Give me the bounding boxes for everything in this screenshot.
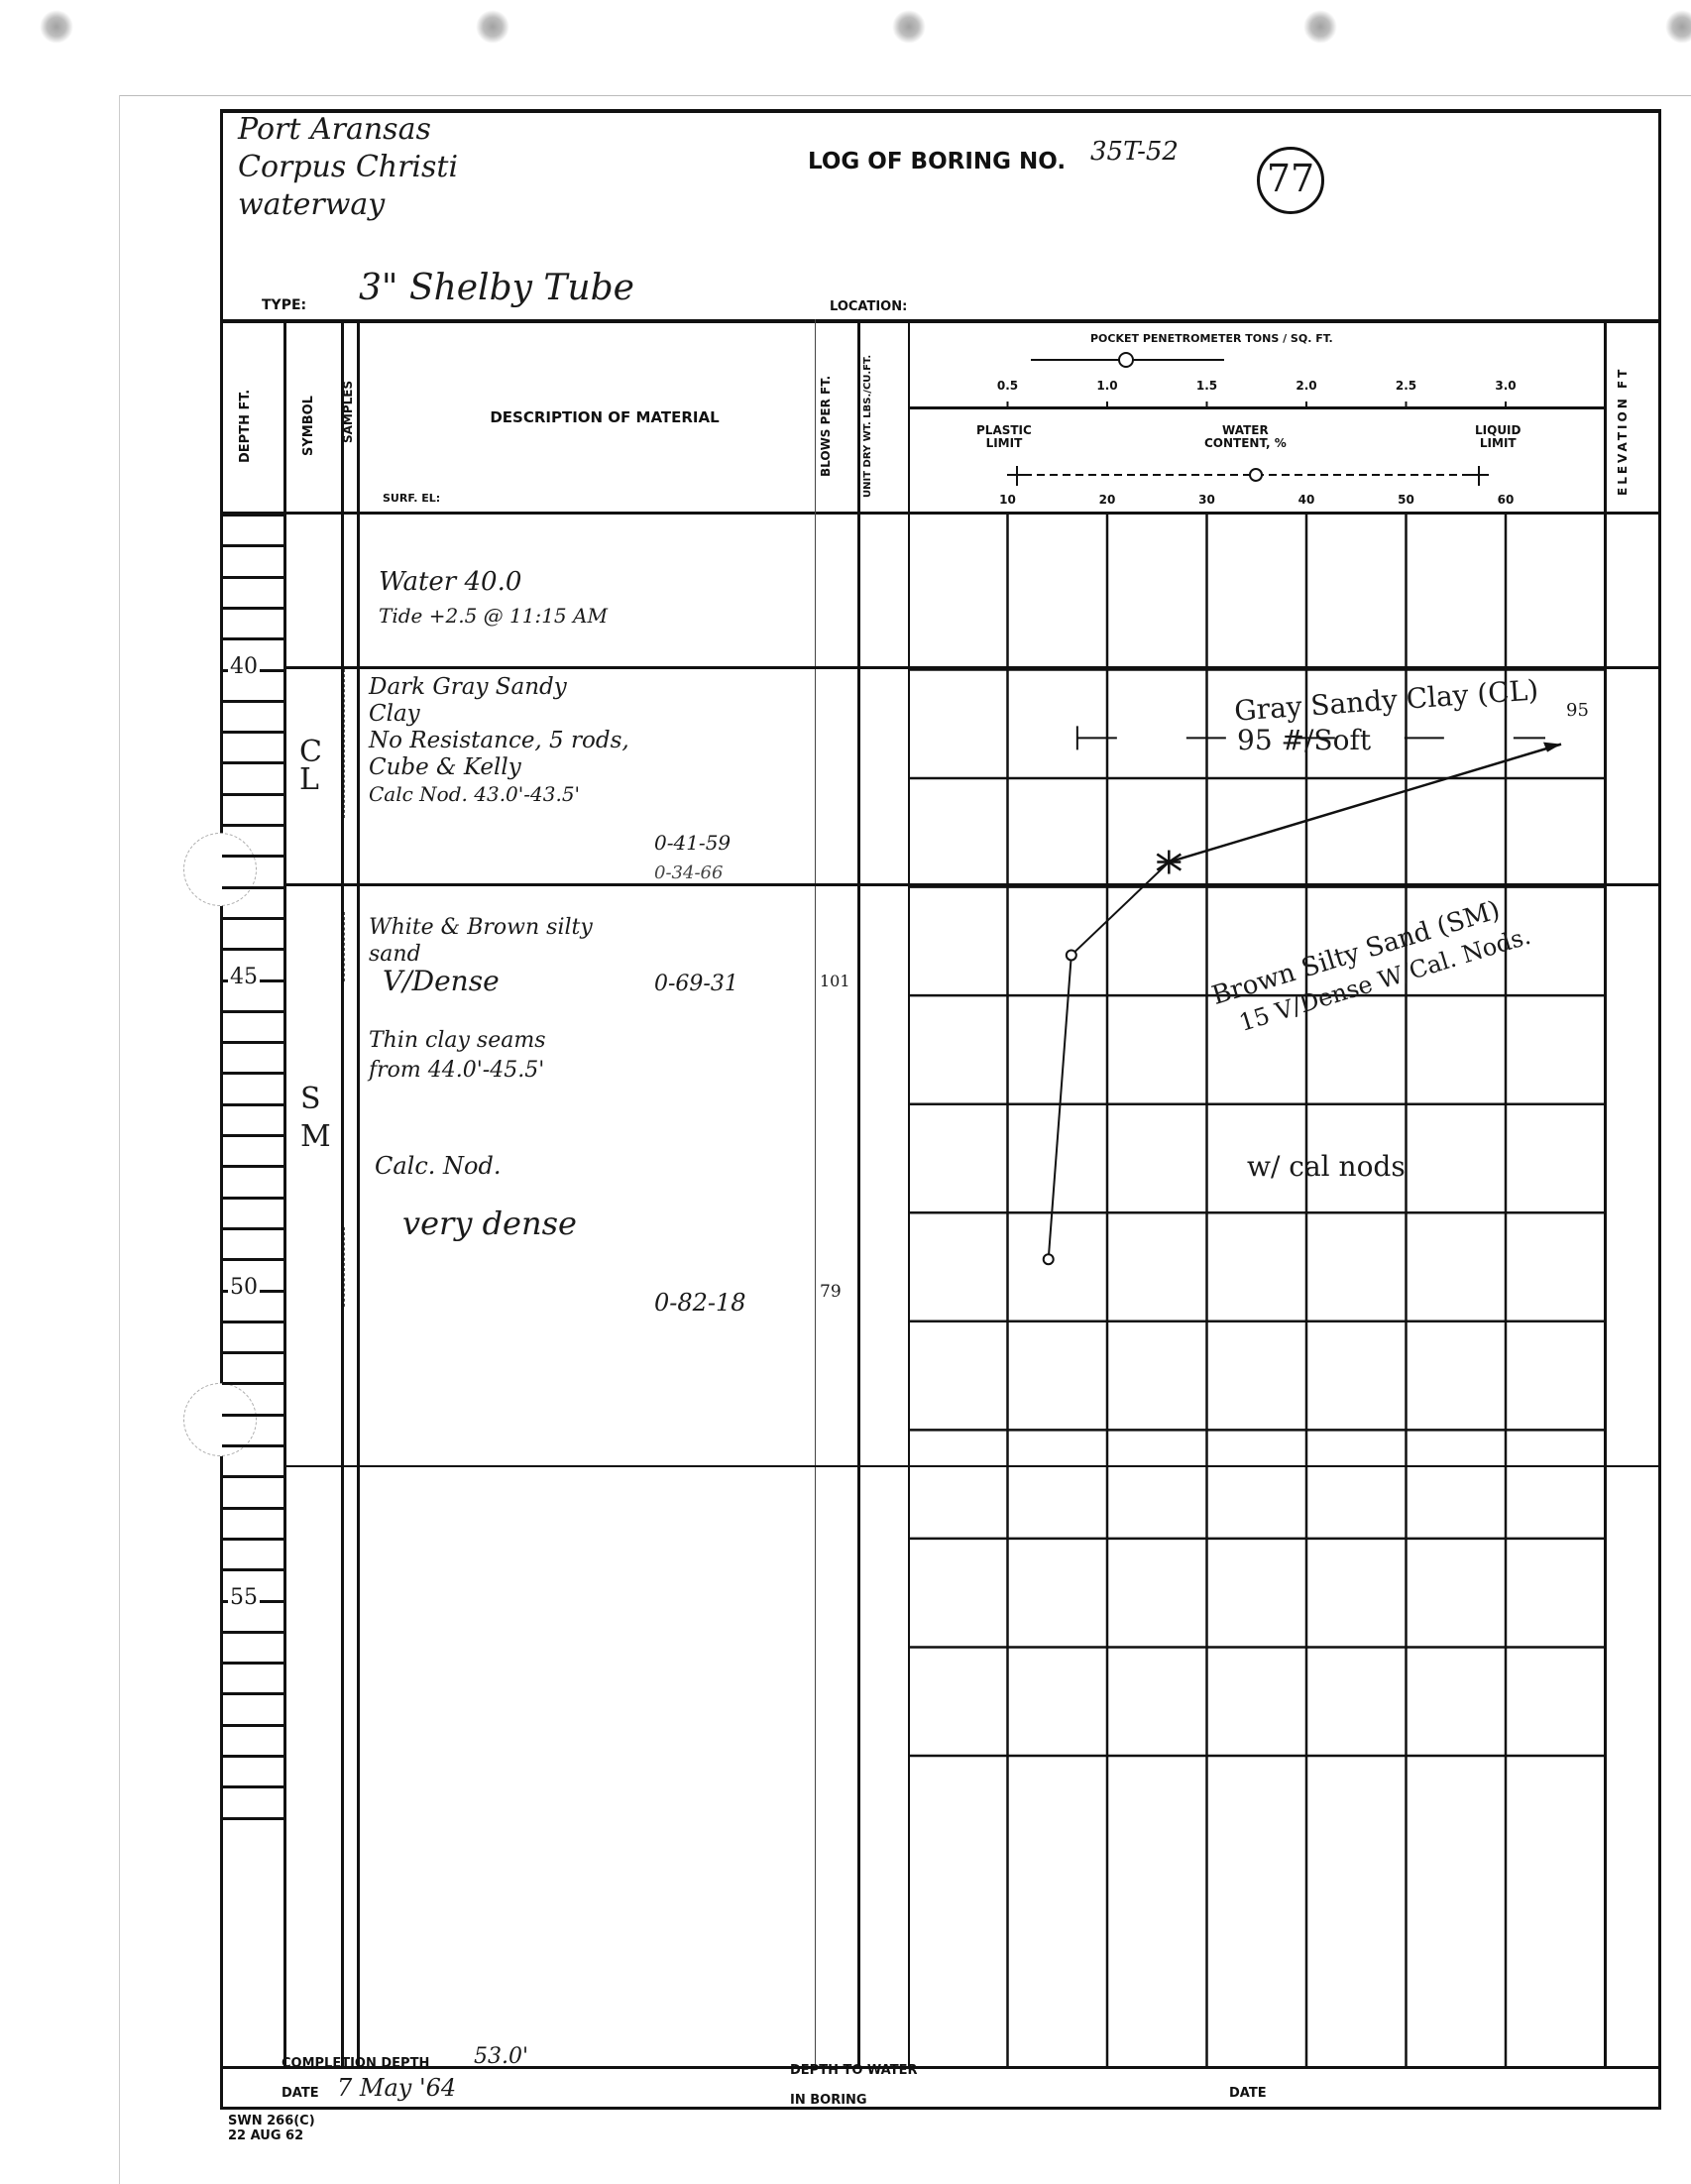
completion-depth-value: 53.0': [474, 2044, 528, 2069]
date-value: 7 May '64: [337, 2074, 456, 2102]
water-date-label: DATE: [1229, 2086, 1267, 2101]
liquid-limit-value: 95: [1566, 700, 1589, 721]
nods-annotation: w/ cal nods: [1247, 1150, 1406, 1183]
depth-to-water-label: DEPTH TO WATER IN BORING: [790, 2056, 917, 2116]
label-line: 22 AUG 62: [228, 2128, 315, 2143]
label-line: SWN 266(C): [228, 2114, 315, 2128]
label-line: IN BORING: [790, 2086, 917, 2116]
date-label: DATE: [282, 2086, 319, 2101]
completion-depth-label: COMPLETION DEPTH: [282, 2056, 429, 2071]
label-line: DEPTH TO WATER: [790, 2056, 917, 2086]
form-number: SWN 266(C) 22 AUG 62: [228, 2114, 315, 2143]
clay-annotation: 95 #/Soft: [1237, 724, 1371, 756]
water-content-chart: [0, 0, 1691, 2184]
